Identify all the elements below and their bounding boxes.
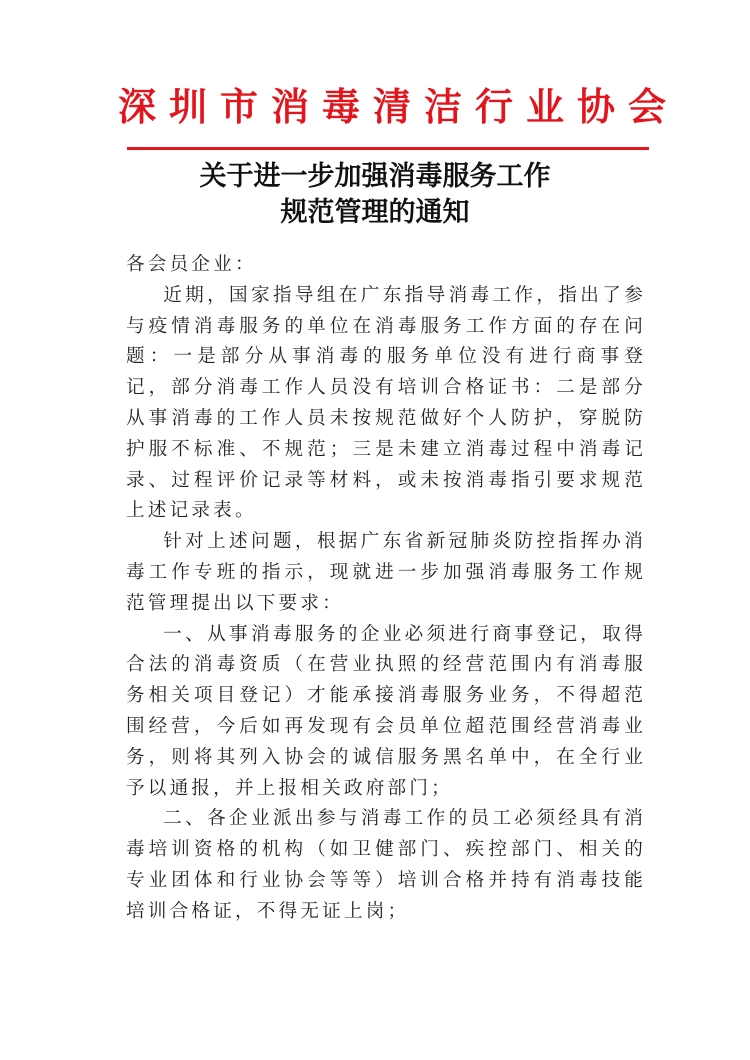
document-page: 深圳市消毒清洁行业协会 关于进一步加强消毒服务工作 规范管理的通知 各会员企业：… (0, 0, 750, 1060)
document-title-line-1: 关于进一步加强消毒服务工作 (0, 160, 750, 194)
paragraph-requirement-2: 二、各企业派出参与消毒工作的员工必须经具有消毒培训资格的机构（如卫健部门、疾控部… (126, 804, 646, 927)
document-body: 各会员企业： 近期，国家指导组在广东指导消毒工作，指出了参与疫情消毒服务的单位在… (126, 250, 646, 928)
paragraph-background: 近期，国家指导组在广东指导消毒工作，指出了参与疫情消毒服务的单位在消毒服务工作方… (126, 281, 646, 527)
paragraph-requirements-intro: 针对上述问题，根据广东省新冠肺炎防控指挥办消毒工作专班的指示，现就进一步加强消毒… (126, 527, 646, 619)
paragraph-requirement-1: 一、从事消毒服务的企业必须进行商事登记，取得合法的消毒资质（在营业执照的经营范围… (126, 620, 646, 805)
document-title-line-2: 规范管理的通知 (0, 196, 750, 230)
letterhead-red-divider (127, 147, 649, 150)
letterhead-organization-name: 深圳市消毒清洁行业协会 (118, 82, 648, 132)
salutation: 各会员企业： (126, 250, 646, 281)
